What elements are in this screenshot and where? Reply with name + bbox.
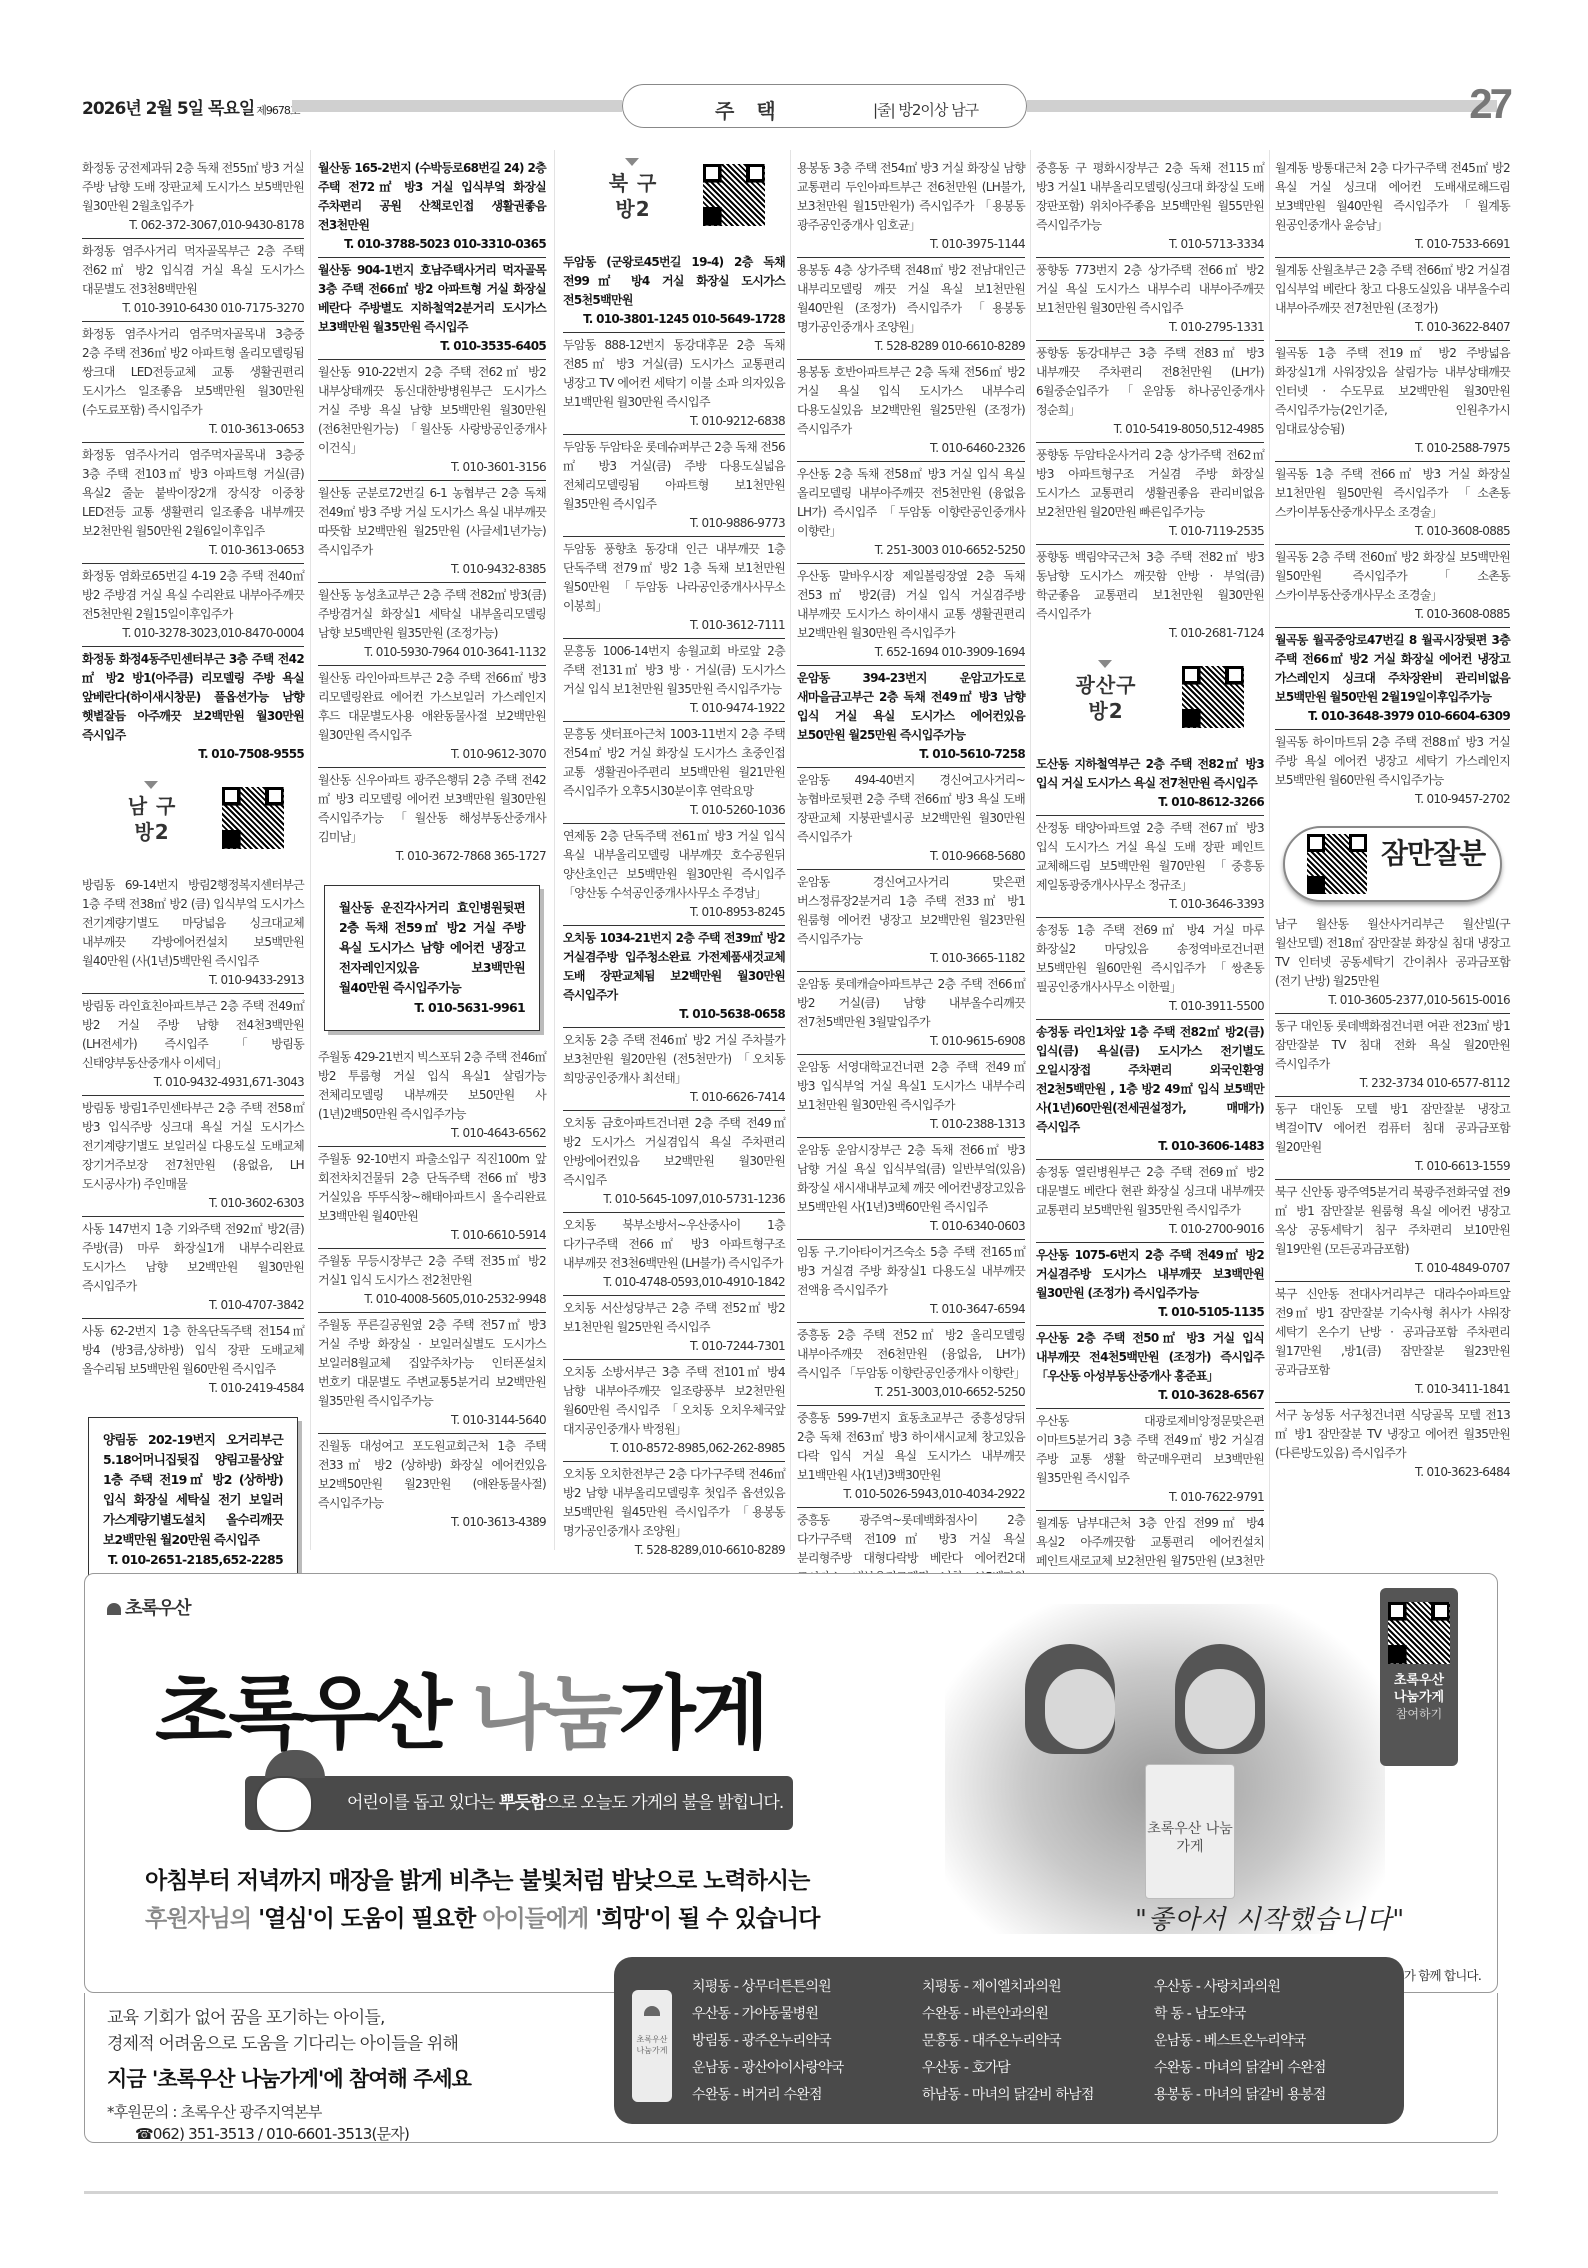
store-item: 학 동 - 남도약국 <box>1154 2004 1384 2025</box>
listing-text: 운암동 394-23번지 운암고가도로 새마을금고부근 2층 독채 전49㎡ 방… <box>797 671 1025 742</box>
listing-text: 오치동 북부소방서~우산중사이 1층 다가구주택 전66㎡ 방3 아파트형구조 … <box>563 1218 785 1270</box>
listing-item: 월산동 910-22번지 2층 주택 전62㎡ 방2 내부상태깨끗 동신대한방병… <box>318 360 546 481</box>
listing-text: 용봉동 4층 상가주택 전48㎡ 방2 전남대인근 내부리모델링 깨끗 거실 욕… <box>797 263 1025 334</box>
listing-phone: T. 010-2651-2185,652-2285 <box>103 1550 283 1570</box>
listing-item: 월산동 군분로72번길 6-1 농협부근 2층 독채 전49㎡ 방3 주방 거실… <box>318 481 546 583</box>
column-divider <box>790 150 791 1550</box>
listing-item: 사동 147번지 1층 기와주택 전92㎡ 방2(큼) 주방(큼) 마루 화장실… <box>82 1217 304 1319</box>
listing-item: 오치동 소방서부근 3층 주택 전101㎡ 방4 남향 내부아주깨끗 일조량풍부… <box>563 1360 785 1462</box>
listing-item: 주월동 429-21번지 빅스포뒤 2층 주택 전46㎡ 방2 투룸형 거실 입… <box>318 1045 546 1147</box>
listing-text: 화정동 염주사거리 염주먹자골목내 3층중 2층 주택 전36㎡ 방2 아파트형… <box>82 327 304 417</box>
listing-text: 월산동 904-1번지 호남주택사거리 먹자골목 3층 주택 전66㎡ 방2 아… <box>318 263 546 334</box>
boxed-listing: 양림동 202-19번지 오거리부근 5.18어머니집뒷집 양림고물상앞 1층 … <box>88 1417 298 1583</box>
listing-phone: T. 010-3647-6594 <box>797 1300 1025 1319</box>
listing-phone: T. 010-3608-0885 <box>1275 605 1510 624</box>
store-item: 치평동 - 상무더튼튼의원 <box>692 1977 922 1998</box>
listing-phone: T. 010-9612-3070 <box>318 745 546 764</box>
brand-logo: 초록우산 <box>107 1594 191 1620</box>
listing-text: 오치동 1034-21번지 2층 주택 전39㎡ 방2 거실겸주방 입주청소완료… <box>563 931 785 1002</box>
listing-text: 월산동 군분로72번길 6-1 농협부근 2층 독채 전49㎡ 방3 주방 거실… <box>318 486 546 557</box>
listing-phone: T. 010-3623-6484 <box>1275 1463 1510 1482</box>
listing-text: 월산동 농성초교부근 2층 주택 전82㎡ 방3(큼) 주방겸거실 화장실1 세… <box>318 588 546 640</box>
listing-item: 도산동 지하철역부근 2층 주택 전82㎡ 방3 입식 거실 도시가스 욕실 전… <box>1036 752 1264 816</box>
listing-text: 송정동 1층 주택 전69㎡ 방4 거실 마루 화장실2 마당있음 송정역바로건… <box>1036 923 1264 994</box>
listing-phone: T. 010-3411-1841 <box>1275 1380 1510 1399</box>
listing-text: 동구 대인동 모텔 방1 잠만잘분 냉장고 벽걸이TV 에어컨 컴퓨터 침대 공… <box>1275 1102 1510 1154</box>
listing-column-2: 월산동 165-2번지 (수박등로68번길 24) 2층 주택 전72㎡ 방3 … <box>318 156 546 1535</box>
listing-phone: T. 010-3801-1245 010-5649-1728 <box>563 310 785 329</box>
listing-item: 방림동 방림1주민센타부근 2층 주택 전58㎡ 방3 입식주방 싱크대 욕실 … <box>82 1096 304 1217</box>
listing-phone: T. 010-3602-6303 <box>82 1194 304 1213</box>
listing-text: 운암동 서영대학교건너편 2층 주택 전49㎡ 방3 입식부엌 거실 욕실1 도… <box>797 1060 1025 1112</box>
listing-phone: T. 010-2419-4584 <box>82 1379 304 1398</box>
listing-item: 문흥동 1006-14번지 송월교회 바로앞 2층 주택 전131㎡ 방3 방 … <box>563 639 785 722</box>
listing-phone: T. 010-3665-1182 <box>797 949 1025 968</box>
listing-phone: T. 010-4643-6562 <box>318 1124 546 1143</box>
qr-label: 나눔가게 <box>1380 1689 1458 1706</box>
listing-item: 중흥동 2층 주택 전52㎡ 방2 올리모델링 내부아주깨끗 전6천만원 (융없… <box>797 1323 1025 1406</box>
ad-call-to-action: 지금 '초록우산 나눔가게'에 참여해 주세요 <box>107 2063 471 2093</box>
listing-text: 두암동 (군왕로45번길 19-4) 2층 독채 전99㎡ 방4 거실 화장실 … <box>563 255 785 307</box>
listing-phone: T. 010-3535-6405 <box>318 337 546 356</box>
listing-phone: T. 010-5026-5943,010-4034-2922 <box>797 1485 1025 1504</box>
qr-code-icon[interactable] <box>222 787 284 849</box>
listing-text: 화정동 화정4동주민센터부근 3층 주택 전42㎡ 방2 방1(아주큼) 리모델… <box>82 652 304 742</box>
listing-item: 중흥동 599-7번지 효동초교부근 중흥성당뒤 2층 독채 전63㎡ 방3 하… <box>797 1406 1025 1508</box>
listing-item: 화정동 화정4동주민센터부근 3층 주택 전42㎡ 방2 방1(아주큼) 리모델… <box>82 647 304 767</box>
listing-phone: T. 010-4707-3842 <box>82 1296 304 1315</box>
listing-text: 월곡동 2층 주택 전60㎡ 방2 화장실 보5백만원 월50만원 즉시입주가 … <box>1275 550 1510 602</box>
store-item: 수완동 - 마녀의 닭갈비 수완점 <box>1154 2058 1384 2079</box>
listing-phone: T. 010-5638-0658 <box>563 1005 785 1024</box>
listing-item: 화정동 염화로65번길 4-19 2층 주택 전40㎡ 방2 주방겸 거실 욕실… <box>82 564 304 647</box>
listing-text: 임동 구.기아타이거즈숙소 5층 주택 전165㎡ 방3 거실겸 주방 화장실1… <box>797 1245 1025 1297</box>
listing-text: 중흥동 구 평화시장부근 2층 독채 전115㎡ 방3 거실1 내부올리모델링(… <box>1036 161 1264 232</box>
listing-item: 주월동 무등시장부근 2층 주택 전35㎡ 방2 거실1 입식 도시가스 전2천… <box>318 1249 546 1313</box>
listing-item: 화정동 염주사거리 염주먹자골목내 3층중 2층 주택 전36㎡ 방2 아파트형… <box>82 322 304 443</box>
listing-item: 월곡동 하이마트뒤 2층 주택 전88㎡ 방3 거실 주방 욕실 에어컨 냉장고… <box>1275 730 1510 812</box>
listing-item: 동구 대인동 롯데백화점건너편 여관 전23㎡ 방1 잠만잘분 TV 침대 전화… <box>1275 1014 1510 1097</box>
listing-item: 운암동 494-40번지 경신여고사거리~농협바로뒷편 2층 주택 전66㎡ 방… <box>797 768 1025 870</box>
listing-phone: T. 010-2795-1331 <box>1036 318 1264 337</box>
header-rule-right <box>1027 100 1497 112</box>
listing-phone: T. 652-1694 010-3909-1694 <box>797 643 1025 662</box>
listing-text: 월산동 910-22번지 2층 주택 전62㎡ 방2 내부상태깨끗 동신대한방병… <box>318 365 546 455</box>
listing-phone: T. 010-3608-0885 <box>1275 522 1510 541</box>
listing-item: 우산동 2층 주택 전50㎡ 방3 거실 입식 내부깨끗 전4천5백만원 (조정… <box>1036 1326 1264 1409</box>
page-header: 2026년 2월 5일 목요일제9678호 주택 |줄| 방2이상 남구 27 <box>82 84 1510 128</box>
listing-text: 중흥동 2층 주택 전52㎡ 방2 올리모델링 내부아주깨끗 전6천만원 (융없… <box>797 1328 1025 1380</box>
store-item: 수완동 - 바른안과의원 <box>922 2004 1154 2025</box>
listing-text: 화정동 궁전제과뒤 2층 독채 전55㎡ 방3 거실 주방 남향 도배 장판교체… <box>82 161 304 213</box>
listing-text: 오치동 금호아파트건너편 2층 주택 전49㎡ 방2 도시가스 거실겸입식 욕실… <box>563 1116 785 1187</box>
listing-phone: T. 010-3672-7868 365-1727 <box>318 847 546 866</box>
listing-phone: T. 010-5631-9961 <box>339 998 525 1018</box>
listing-phone: T. 010-7244-7301 <box>563 1337 785 1356</box>
listing-item: 진월동 대성여고 포도원교회근처 1층 주택 전33㎡ 방2 (상하방) 화장실… <box>318 1434 546 1535</box>
listing-text: 사동 147번지 1층 기와주택 전92㎡ 방2(큼) 주방(큼) 마루 화장실… <box>82 1222 304 1293</box>
listing-text: 방림동 69-14번지 방림2행정복지센터부근 1층 주택 전38㎡ 방2 (큼… <box>82 878 304 968</box>
listing-phone: T. 010-3622-8407 <box>1275 318 1510 337</box>
listing-text: 오치동 오치한전부근 2층 다가구주택 전46㎡ 방2 남향 내부올리모델링후 … <box>563 1467 785 1538</box>
listing-item: 풍향동 동강대부근 3층 주택 전83㎡ 방3 내부깨끗 주차편리 전8천만원 … <box>1036 341 1264 443</box>
region-name: 북 구방2 <box>593 170 673 222</box>
listing-item: 중흥동 구 평화시장부근 2층 독채 전115㎡ 방3 거실1 내부올리모델링(… <box>1036 156 1264 258</box>
listing-item: 우산동 대광로제비앙정문맞은편 이마트5분거리 3층 주택 전49㎡ 방2 거실… <box>1036 1409 1264 1511</box>
listing-text: 주월동 무등시장부근 2층 주택 전35㎡ 방2 거실1 입식 도시가스 전2천… <box>318 1254 546 1287</box>
badge-label: 잠만잘분 <box>1381 844 1485 863</box>
listing-phone: T. 010-9886-9773 <box>563 514 785 533</box>
section-subtitle: |줄| 방2이상 남구 <box>873 99 978 120</box>
listing-phone: T. 528-8289,010-6610-8289 <box>563 1541 785 1560</box>
green-umbrella-ad: 초록우산 초록우산 나눔가게 어린이를 돕고 있다는 뿌듯함으로 오늘도 가게의… <box>84 1573 1498 1993</box>
store-item: 방림동 - 광주온누리약국 <box>692 2031 922 2052</box>
listing-text: 남구 월산동 월산사거리부근 월산빌(구 월산모텔) 전18㎡ 잠만잘분 화장실… <box>1275 917 1510 988</box>
listing-phone: T. 010-3646-3393 <box>1036 895 1264 914</box>
listing-item: 화정동 염주사거리 염주먹자골목내 3층중 3층 주택 전103㎡ 방3 아파트… <box>82 443 304 564</box>
jammanjalbun-badge: 잠만잘분 <box>1283 826 1502 902</box>
listing-text: 월산동 라인아파트부근 2층 주택 전66㎡ 방3 리모델링완료 에어컨 가스보… <box>318 671 546 742</box>
listing-phone: T. 010-3613-4389 <box>318 1513 546 1532</box>
listing-text: 두암동 풍향초 동강대 인근 내부깨끗 1층 단독주택 전79㎡ 방2 1층 독… <box>563 542 785 613</box>
listing-phone: T. 010-3144-5640 <box>318 1411 546 1430</box>
publication-date: 2026년 2월 5일 목요일제9678호 <box>82 94 300 119</box>
listing-text: 주월동 429-21번지 빅스포뒤 2층 주택 전46㎡ 방2 투룸형 거실 입… <box>318 1050 546 1121</box>
store-item: 수완동 - 버거리 수완점 <box>692 2085 922 2106</box>
listing-phone: T. 010-3613-0653 <box>82 420 304 439</box>
qr-label: 초록우산 <box>1380 1672 1458 1689</box>
store-list: 치평동 - 상무더튼튼의원치평동 - 제이엘치과의원우산동 - 사랑치과의원우산… <box>692 1977 1384 2106</box>
listing-phone: T. 010-9457-2702 <box>1275 790 1510 809</box>
listing-text: 서구 농성동 서구청건너편 식당골목 모텔 전13㎡ 방1 잠만잘분 TV 냉장… <box>1275 1408 1510 1460</box>
listing-phone: T. 010-5260-1036 <box>563 801 785 820</box>
listing-text: 운암동 롯데캐슬아파트부근 2층 주택 전66㎡ 방2 거실(큼) 남향 내부올… <box>797 977 1025 1029</box>
listing-item: 오치동 1034-21번지 2층 주택 전39㎡ 방2 거실겸주방 입주청소완료… <box>563 926 785 1028</box>
listing-item: 월산동 904-1번지 호남주택사거리 먹자골목 3층 주택 전66㎡ 방2 아… <box>318 258 546 360</box>
listing-phone: T. 010-4008-5605,010-2532-9948 <box>318 1290 546 1309</box>
listing-phone: T. 010-9474-1922 <box>563 699 785 718</box>
listing-item: 주월동 푸른길공원옆 2층 주택 전57㎡ 방3 거실 주방 화장실 · 보일러… <box>318 1313 546 1434</box>
listing-text: 사동 62-2번지 1층 한옥단독주택 전154㎡ 방4 (방3큼,상하방) 입… <box>82 1324 304 1376</box>
umbrella-icon <box>107 1603 121 1615</box>
listing-item: 사동 62-2번지 1층 한옥단독주택 전154㎡ 방4 (방3큼,상하방) 입… <box>82 1319 304 1401</box>
listing-phone: T. 010-9432-4931,671-3043 <box>82 1073 304 1092</box>
listing-phone: T. 232-3734 010-6577-8112 <box>1275 1074 1510 1093</box>
store-item: 우산동 - 가야동물병원 <box>692 2004 922 2025</box>
column-divider <box>1269 150 1270 1550</box>
listing-item: 운암동 394-23번지 운암고가도로 새마을금고부근 2층 독채 전49㎡ 방… <box>797 666 1025 768</box>
listing-text: 오치동 서산성당부근 2층 주택 전52㎡ 방2 보1천만원 월25만원 즉시입… <box>563 1301 785 1334</box>
listing-item: 방림동 라인효친아파트부근 2층 주택 전49㎡ 방2 거실 주방 남향 전4천… <box>82 994 304 1096</box>
listing-item: 서구 농성동 서구청건너편 식당골목 모텔 전13㎡ 방1 잠만잘분 TV 냉장… <box>1275 1403 1510 1485</box>
listing-item: 오치동 금호아파트건너편 2층 주택 전49㎡ 방2 도시가스 거실겸입식 욕실… <box>563 1111 785 1213</box>
participating-stores-panel: 초록우산 나눔가게 치평동 - 상무더튼튼의원치평동 - 제이엘치과의원우산동 … <box>614 1957 1404 2124</box>
listing-phone: T. 010-3278-3023,010-8470-0004 <box>82 624 304 643</box>
listing-phone: T. 010-7508-9555 <box>82 745 304 764</box>
region-name: 광산구방2 <box>1066 672 1146 724</box>
listing-item: 운암동 운암시장부근 2층 독채 전66㎡ 방3 남향 거실 욕실 입식부엌(큼… <box>797 1138 1025 1240</box>
listing-text: 우산동 말바우시장 제일볼링장옆 2층 독채 전53㎡ 방2(큼) 거실 입식 … <box>797 569 1025 640</box>
listing-phone: T. 010-9615-6908 <box>797 1032 1025 1051</box>
region-header-gwangsangu: 광산구방2 <box>1036 654 1264 746</box>
listing-item: 연제동 2층 단독주택 전61㎡ 방3 거실 입식 욕실 내부올리모델링 내부깨… <box>563 824 785 926</box>
listing-item: 북구 신안동 광주역5분거리 북광주전화국옆 전9㎡ 방1 잠만잘분 원룸형 욕… <box>1275 1180 1510 1282</box>
listing-text: 주월동 푸른길공원옆 2층 주택 전57㎡ 방3 거실 주방 화장실 · 보일러… <box>318 1318 546 1408</box>
date-text: 2026년 2월 5일 목요일 <box>82 99 254 119</box>
listing-text: 화정동 염화로65번길 4-19 2층 주택 전40㎡ 방2 주방겸 거실 욕실… <box>82 569 304 621</box>
listing-phone: T. 010-9432-8385 <box>318 560 546 579</box>
listing-item: 두암동 두암타운 롯데슈퍼부근 2층 독채 전56㎡ 방3 거실(큼) 주방 다… <box>563 435 785 537</box>
listing-text: 주월동 92-10번지 파출소입구 직진100m 앞 회전차치건물뒤 2층 단독… <box>318 1152 546 1223</box>
triangle-marker-icon <box>144 781 158 789</box>
listing-phone: T. 062-372-3067,010-9430-8178 <box>82 216 304 235</box>
listing-item: 동구 대인동 모텔 방1 잠만잘분 냉장고 벽걸이TV 에어컨 컴퓨터 침대 공… <box>1275 1097 1510 1180</box>
listing-item: 용봉동 호반아파트부근 2층 독채 전56㎡ 방2 거실 욕실 입식 도시가스 … <box>797 360 1025 462</box>
listing-item: 오치동 오치한전부근 2층 다가구주택 전46㎡ 방2 남향 내부올리모델링후 … <box>563 1462 785 1563</box>
listing-item: 월산동 농성초교부근 2층 주택 전82㎡ 방3(큼) 주방겸거실 화장실1 세… <box>318 583 546 666</box>
listing-text: 북구 신안동 전대사거리부근 대라수아파트앞 전9㎡ 방1 잠만잘분 기숙사형 … <box>1275 1287 1510 1377</box>
listing-phone: T. 010-9212-6838 <box>563 412 785 431</box>
listing-item: 월계동 방통대근처 2층 다가구주택 전45㎡ 방2 욕실 거실 싱크대 에어컨… <box>1275 156 1510 258</box>
listing-text: 우산동 1075-6번지 2층 주택 전49㎡ 방2 거실겸주방 도시가스 내부… <box>1036 1248 1264 1300</box>
listing-phone: T. 010-3648-3979 010-6604-6309 <box>1275 707 1510 726</box>
page-number: 27 <box>1469 80 1510 128</box>
listing-phone: T. 251-3003 010-6652-5250 <box>797 541 1025 560</box>
listing-phone: T. 010-6610-5914 <box>318 1226 546 1245</box>
listing-text: 월곡동 1층 주택 전66㎡ 방3 거실 화장실 보1천만원 월50만원 즉시입… <box>1275 467 1510 519</box>
listing-phone: T. 010-8572-8985,062-262-8985 <box>563 1439 785 1458</box>
ad-quote: "좋아서 시작했습니다" <box>1135 1899 1405 1936</box>
region-header-namgu: 남 구방2 <box>82 775 304 867</box>
listing-phone: T. 010-7119-2535 <box>1036 522 1264 541</box>
listing-item: 운암동 롯데캐슬아파트부근 2층 주택 전66㎡ 방2 거실(큼) 남향 내부올… <box>797 972 1025 1055</box>
listing-phone: T. 010-3788-5023 010-3310-0365 <box>318 235 546 254</box>
listing-phone: T. 010-3910-6430 010-7175-3270 <box>82 299 304 318</box>
qr-code-icon[interactable] <box>1182 666 1244 728</box>
listing-text: 화정동 염주사거리 염주먹자골목내 3층중 3층 주택 전103㎡ 방3 아파트… <box>82 448 304 538</box>
listing-text: 송정동 열린병원부근 2층 주택 전69㎡ 방2 대문별도 베란다 현관 화장실… <box>1036 1165 1264 1217</box>
listing-phone: T. 010-3911-5500 <box>1036 997 1264 1016</box>
listing-item: 송정동 열린병원부근 2층 주택 전69㎡ 방2 대문별도 베란다 현관 화장실… <box>1036 1160 1264 1243</box>
listing-item: 월곡동 1층 주택 전66㎡ 방3 거실 화장실 보1천만원 월50만원 즉시입… <box>1275 462 1510 545</box>
listing-text: 월산동 신우아파트 광주은행뒤 2층 주택 전42㎡ 방3 리모델링 에어컨 보… <box>318 773 546 844</box>
listing-phone: T. 010-7533-6691 <box>1275 235 1510 254</box>
listing-phone: T. 010-8612-3266 <box>1036 793 1264 812</box>
boxed-listing: 월산동 운진각사거리 효인병원뒷편 2층 독채 전59㎡ 방2 거실 주방 욕실… <box>324 885 540 1031</box>
listing-text: 문흥동 1006-14번지 송월교회 바로앞 2층 주택 전131㎡ 방3 방 … <box>563 644 785 696</box>
qr-code-icon[interactable] <box>1388 1602 1450 1664</box>
sign-board: 초록우산 나눔가게 <box>1145 1764 1235 1899</box>
listing-text: 화정동 염주사거리 먹자골목부근 2층 주택 전62㎡ 방2 입식겸 거실 욕실… <box>82 244 304 296</box>
listing-item: 방림동 69-14번지 방림2행정복지센터부근 1층 주택 전38㎡ 방2 (큼… <box>82 873 304 994</box>
listing-text: 월산동 165-2번지 (수박등로68번길 24) 2층 주택 전72㎡ 방3 … <box>318 161 546 232</box>
listing-item: 월계동 산월초부근 2층 주택 전66㎡ 방2 거실겸 입식부엌 베란다 창고 … <box>1275 258 1510 341</box>
store-item: 하남동 - 마녀의 닭갈비 하남점 <box>922 2085 1154 2106</box>
store-item: 용봉동 - 마녀의 닭갈비 용봉점 <box>1154 2085 1384 2106</box>
contact-phone: ☎062) 351-3513 / 010-6601-3513(문자) <box>135 2123 409 2144</box>
listing-phone: T. 010-3605-2377,010-5615-0016 <box>1275 991 1510 1010</box>
listing-text: 오치동 소방서부근 3층 주택 전101㎡ 방4 남향 내부아주깨끗 일조량풍부… <box>563 1365 785 1436</box>
listing-phone: T. 010-6460-2326 <box>797 439 1025 458</box>
section-pill: 주택 |줄| 방2이상 남구 <box>622 84 1027 128</box>
listing-text: 우산동 2층 주택 전50㎡ 방3 거실 입식 내부깨끗 전4천5백만원 (조정… <box>1036 1331 1264 1383</box>
listing-phone: T. 010-3975-1144 <box>797 235 1025 254</box>
listing-item: 문흥동 샛터표아근처 1003-11번지 2층 주택 전54㎡ 방2 거실 화장… <box>563 722 785 824</box>
listing-phone: T. 010-2388-1313 <box>797 1115 1025 1134</box>
puppy-mascot-icon <box>255 1750 335 1840</box>
listing-text: 운암동 494-40번지 경신여고사거리~농협바로뒷편 2층 주택 전66㎡ 방… <box>797 773 1025 844</box>
listing-phone: T. 010-3612-7111 <box>563 616 785 635</box>
listing-text: 풍향동 백림약국근처 3층 주택 전82㎡ 방3 동남향 도시가스 깨끗함 안방… <box>1036 550 1264 621</box>
listing-item: 월곡동 2층 주택 전60㎡ 방2 화장실 보5백만원 월50만원 즉시입주가 … <box>1275 545 1510 628</box>
listing-text: 문흥동 샛터표아근처 1003-11번지 2층 주택 전54㎡ 방2 거실 화장… <box>563 727 785 798</box>
listing-text: 방림동 방림1주민센타부근 2층 주택 전58㎡ 방3 입식주방 싱크대 욕실 … <box>82 1101 304 1191</box>
listing-item: 오치동 북부소방서~우산중사이 1층 다가구주택 전66㎡ 방3 아파트형구조 … <box>563 1213 785 1296</box>
listing-phone: T. 528-8289 010-6610-8289 <box>797 337 1025 356</box>
listing-item: 풍향동 두암타운사거리 2층 상가주택 전62㎡ 방3 아파트형구조 거실겸 주… <box>1036 443 1264 545</box>
header-rule-left <box>292 100 622 112</box>
triangle-marker-icon <box>625 158 639 166</box>
store-item: 우산동 - 호가담 <box>922 2058 1154 2079</box>
listing-text: 두암동 888-12번지 동강대후문 2층 독채 전85㎡ 방3 거실(큼) 도… <box>563 338 785 409</box>
listing-item: 월곡동 1층 주택 전19㎡ 방2 주방넓음 화장실1개 사워장있음 살림가능 … <box>1275 341 1510 462</box>
listing-item: 월산동 라인아파트부근 2층 주택 전66㎡ 방3 리모델링완료 에어컨 가스보… <box>318 666 546 768</box>
listing-phone: T. 010-3601-3156 <box>318 458 546 477</box>
region-header-bukgu: 북 구방2 <box>563 152 785 244</box>
listing-phone: T. 010-5105-1135 <box>1036 1303 1264 1322</box>
listing-phone: T. 010-6613-1559 <box>1275 1157 1510 1176</box>
listing-text: 양림동 202-19번지 오거리부근 5.18어머니집뒷집 양림고물상앞 1층 … <box>103 1432 283 1547</box>
listing-phone: T. 010-2588-7975 <box>1275 439 1510 458</box>
listing-item: 풍향동 773번지 2층 상가주택 전66㎡ 방2 거실 욕실 도시가스 내부수… <box>1036 258 1264 341</box>
listing-item: 주월동 92-10번지 파출소입구 직진100m 앞 회전차치건물뒤 2층 단독… <box>318 1147 546 1249</box>
listing-phone: T. 010-3628-6567 <box>1036 1386 1264 1405</box>
listing-text: 월계동 산월초부근 2층 주택 전66㎡ 방2 거실겸 입식부엌 베란다 창고 … <box>1275 263 1510 315</box>
listing-phone: T. 010-5713-3334 <box>1036 235 1264 254</box>
listing-text: 산정동 태양아파트옆 2층 주택 전67㎡ 방3 입식 도시가스 거실 욕실 도… <box>1036 821 1264 892</box>
section-title: 주택 <box>715 95 798 124</box>
listing-item: 임동 구.기아타이거즈숙소 5층 주택 전165㎡ 방3 거실겸 주방 화장실1… <box>797 1240 1025 1323</box>
listing-item: 오치동 서산성당부근 2층 주택 전52㎡ 방2 보1천만원 월25만원 즉시입… <box>563 1296 785 1360</box>
listing-item: 월산동 신우아파트 광주은행뒤 2층 주택 전42㎡ 방3 리모델링 에어컨 보… <box>318 768 546 869</box>
listing-item: 용봉동 3층 주택 전54㎡ 방3 거실 화장실 남향 교통편리 두인아파트부근… <box>797 156 1025 258</box>
listing-phone: T. 010-5645-1097,010-5731-1236 <box>563 1190 785 1209</box>
listing-item: 풍향동 백림약국근처 3층 주택 전82㎡ 방3 동남향 도시가스 깨끗함 안방… <box>1036 545 1264 646</box>
listing-item: 두암동 (군왕로45번길 19-4) 2층 독채 전99㎡ 방4 거실 화장실 … <box>563 250 785 333</box>
listing-item: 우산동 1075-6번지 2층 주택 전49㎡ 방2 거실겸주방 도시가스 내부… <box>1036 1243 1264 1326</box>
store-item: 치평동 - 제이엘치과의원 <box>922 1977 1154 1998</box>
listing-phone: T. 010-5419-8050,512-4985 <box>1036 420 1264 439</box>
child-face <box>1185 1669 1255 1749</box>
listing-item: 남구 월산동 월산사거리부근 월산빌(구 월산모텔) 전18㎡ 잠만잘분 화장실… <box>1275 912 1510 1014</box>
store-item: 운남동 - 베스트온누리약국 <box>1154 2031 1384 2052</box>
listing-phone: T. 010-6626-7414 <box>563 1088 785 1107</box>
store-item: 문흥동 - 대주온누리약국 <box>922 2031 1154 2052</box>
listing-text: 우산동 대광로제비앙정문맞은편 이마트5분거리 3층 주택 전49㎡ 방2 거실… <box>1036 1414 1264 1485</box>
store-item: 운남동 - 광산아이사랑약국 <box>692 2058 922 2079</box>
listing-item: 우산동 2층 독채 전58㎡ 방3 거실 입식 욕실 올리모델링 내부아주깨끗 … <box>797 462 1025 564</box>
listing-phone: T. 010-5610-7258 <box>797 745 1025 764</box>
listing-item: 화정동 염주사거리 먹자골목부근 2층 주택 전62㎡ 방2 입식겸 거실 욕실… <box>82 239 304 322</box>
listing-text: 운암동 운암시장부근 2층 독채 전66㎡ 방3 남향 거실 욕실 입식부엌(큼… <box>797 1143 1025 1214</box>
listing-item: 산정동 태양아파트옆 2층 주택 전67㎡ 방3 입식 도시가스 거실 욕실 도… <box>1036 816 1264 918</box>
listing-item: 용봉동 4층 상가주택 전48㎡ 방2 전남대인근 내부리모델링 깨끗 거실 욕… <box>797 258 1025 360</box>
listing-item: 월곡동 월곡중앙로47번길 8 월곡시장뒷편 3층 주택 전66㎡ 방2 거실 … <box>1275 628 1510 730</box>
listing-text: 북구 신안동 광주역5분거리 북광주전화국옆 전9㎡ 방1 잠만잘분 원룸형 욕… <box>1275 1185 1510 1256</box>
listing-text: 동구 대인동 롯데백화점건너편 여관 전23㎡ 방1 잠만잘분 TV 침대 전화… <box>1275 1019 1510 1071</box>
footer-rule <box>84 2191 1498 2194</box>
listing-phone: T. 010-9433-2913 <box>82 971 304 990</box>
child-face <box>1045 1669 1115 1749</box>
listing-item: 오치동 2층 주택 전46㎡ 방2 거실 주차불가 보3천만원 월20만원 (전… <box>563 1028 785 1111</box>
qr-label: 참여하기 <box>1380 1706 1458 1723</box>
listing-item: 운암동 서영대학교건너편 2층 주택 전49㎡ 방3 입식부엌 거실 욕실1 도… <box>797 1055 1025 1138</box>
listing-phone: T. 010-8953-8245 <box>563 903 785 922</box>
listing-text: 풍향동 동강대부근 3층 주택 전83㎡ 방3 내부깨끗 주차편리 전8천만원 … <box>1036 346 1264 417</box>
listing-item: 우산동 말바우시장 제일볼링장옆 2층 독채 전53㎡ 방2(큼) 거실 입식 … <box>797 564 1025 666</box>
listing-text: 두암동 두암타운 롯데슈퍼부근 2층 독채 전56㎡ 방3 거실(큼) 주방 다… <box>563 440 785 511</box>
listing-text: 용봉동 호반아파트부근 2층 독채 전56㎡ 방2 거실 욕실 입식 도시가스 … <box>797 365 1025 436</box>
listing-phone: T. 010-2700-9016 <box>1036 1220 1264 1239</box>
listing-phone: T. 010-7622-9791 <box>1036 1488 1264 1507</box>
listing-item: 송정동 1층 주택 전69㎡ 방4 거실 마루 화장실2 마당있음 송정역바로건… <box>1036 918 1264 1020</box>
qr-code-icon[interactable] <box>703 164 765 226</box>
column-divider <box>554 150 555 1550</box>
listing-item: 북구 신안동 전대사거리부근 대라수아파트앞 전9㎡ 방1 잠만잘분 기숙사형 … <box>1275 1282 1510 1403</box>
listing-phone: T. 251-3003,010-6652-5250 <box>797 1383 1025 1402</box>
listing-item: 두암동 풍향초 동강대 인근 내부깨끗 1층 단독주택 전79㎡ 방2 1층 독… <box>563 537 785 639</box>
listing-column-5: 중흥동 구 평화시장부근 2층 독채 전115㎡ 방3 거실1 내부올리모델링(… <box>1036 156 1264 1631</box>
listing-phone: T. 010-4849-0707 <box>1275 1259 1510 1278</box>
listing-text: 우산동 2층 독채 전58㎡ 방3 거실 입식 욕실 올리모델링 내부아주깨끗 … <box>797 467 1025 538</box>
store-item: 우산동 - 사랑치과의원 <box>1154 1977 1384 1998</box>
listing-text: 도산동 지하철역부근 2층 주택 전82㎡ 방3 입식 거실 도시가스 욕실 전… <box>1036 757 1264 790</box>
listing-text: 오치동 2층 주택 전46㎡ 방2 거실 주차불가 보3천만원 월20만원 (전… <box>563 1033 785 1085</box>
contact-label: *후원문의 : 초록우산 광주지역본부 <box>107 2101 322 2122</box>
column-divider <box>1030 150 1031 1550</box>
listing-phone: T. 010-6340-0603 <box>797 1217 1025 1236</box>
listing-text: 방림동 라인효친아파트부근 2층 주택 전49㎡ 방2 거실 주방 남향 전4천… <box>82 999 304 1070</box>
listing-text: 월계동 방통대근처 2층 다가구주택 전45㎡ 방2 욕실 거실 싱크대 에어컨… <box>1275 161 1510 232</box>
listing-text: 월곡동 하이마트뒤 2층 주택 전88㎡ 방3 거실 주방 욕실 에어컨 냉장고… <box>1275 735 1510 787</box>
listing-text: 진월동 대성여고 포도원교회근처 1층 주택 전33㎡ 방2 (상하방) 화장실… <box>318 1439 546 1510</box>
listing-item: 월산동 165-2번지 (수박등로68번길 24) 2층 주택 전72㎡ 방3 … <box>318 156 546 258</box>
listing-text: 풍향동 773번지 2층 상가주택 전66㎡ 방2 거실 욕실 도시가스 내부수… <box>1036 263 1264 315</box>
join-qr-box[interactable]: 초록우산 나눔가게 참여하기 <box>1380 1588 1458 1766</box>
listing-phone: T. 010-5930-7964 010-3641-1132 <box>318 643 546 662</box>
listing-text: 풍향동 두암타운사거리 2층 상가주택 전62㎡ 방3 아파트형구조 거실겸 주… <box>1036 448 1264 519</box>
listing-item: 두암동 888-12번지 동강대후문 2층 독채 전85㎡ 방3 거실(큼) 도… <box>563 333 785 435</box>
ad-body-text: 교육 기회가 없어 꿈을 포기하는 아이들,경제적 어려움으로 도움을 기다리는… <box>107 2005 458 2057</box>
listing-column-3: 북 구방2 두암동 (군왕로45번길 19-4) 2층 독채 전99㎡ 방4 거… <box>563 156 785 1563</box>
listing-item: 운암동 경신여고사거리 맞은편 버스정류장2분거리 1층 주택 전33㎡ 방1 … <box>797 870 1025 972</box>
listing-text: 용봉동 3층 주택 전54㎡ 방3 거실 화장실 남향 교통편리 두인아파트부근… <box>797 161 1025 232</box>
listing-phone: T. 010-9668-5680 <box>797 847 1025 866</box>
ad-copy-line-2: 후원자님의 '열심'이 도움이 필요한 아이들에게 '희망'이 될 수 있습니다 <box>145 1900 819 1933</box>
listing-phone: T. 010-2681-7124 <box>1036 624 1264 643</box>
listing-phone: T. 010-3606-1483 <box>1036 1137 1264 1156</box>
listing-text: 송정동 라인1차앞 1층 주택 전82㎡ 방2(큼) 입식(큼) 욕실(큼) 도… <box>1036 1025 1264 1134</box>
listing-column-6: 월계동 방통대근처 2층 다가구주택 전45㎡ 방2 욕실 거실 싱크대 에어컨… <box>1275 156 1510 1485</box>
listing-text: 월곡동 월곡중앙로47번길 8 월곡시장뒷편 3층 주택 전66㎡ 방2 거실 … <box>1275 633 1510 704</box>
listing-text: 연제동 2층 단독주택 전61㎡ 방3 거실 입식 욕실 내부올리모델링 내부깨… <box>563 829 785 900</box>
qr-code-icon[interactable] <box>1307 834 1367 894</box>
listing-column-4: 용봉동 3층 주택 전54㎡ 방3 거실 화장실 남향 교통편리 두인아파트부근… <box>797 156 1025 1628</box>
listing-item: 송정동 라인1차앞 1층 주택 전82㎡ 방2(큼) 입식(큼) 욕실(큼) 도… <box>1036 1020 1264 1160</box>
listing-phone: T. 010-3613-0653 <box>82 541 304 560</box>
ad-headline: 초록우산 나눔가게 <box>155 1649 765 1764</box>
listing-item: 화정동 궁전제과뒤 2층 독채 전55㎡ 방3 거실 주방 남향 도배 장판교체… <box>82 156 304 239</box>
